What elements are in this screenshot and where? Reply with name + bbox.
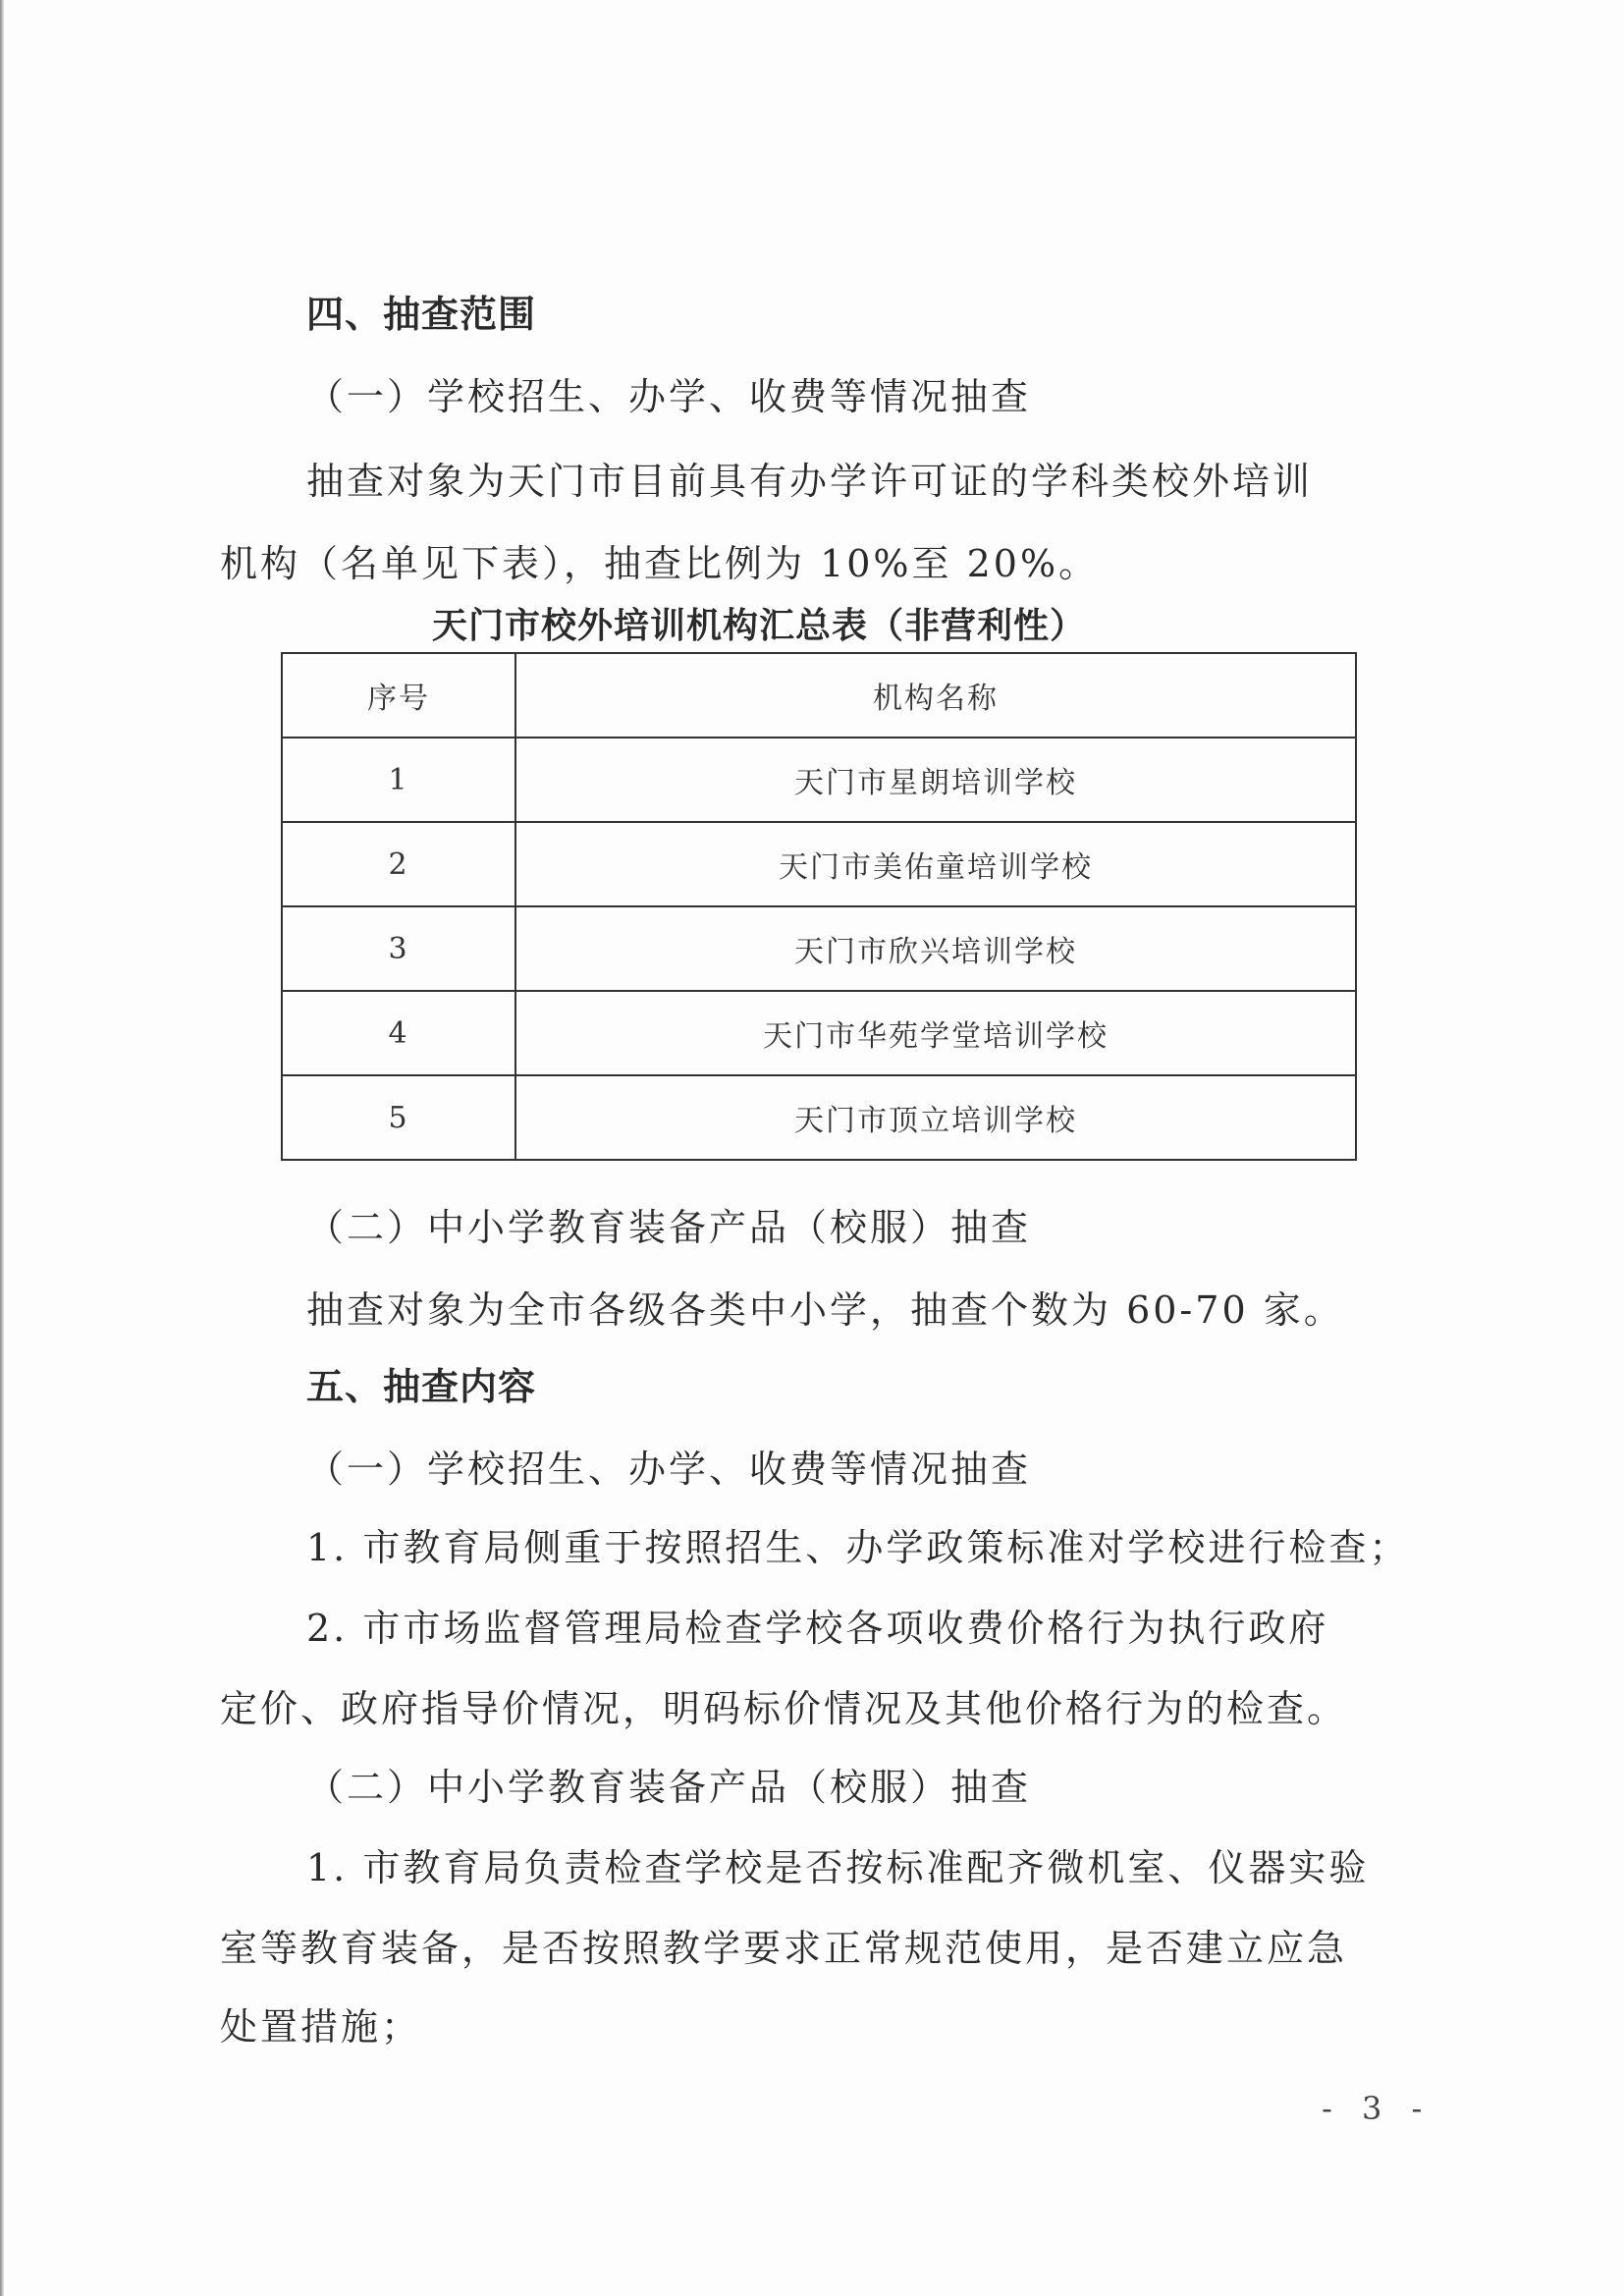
row-institution-name: 天门市顶立培训学校 — [515, 1075, 1356, 1160]
table-title: 天门市校外培训机构汇总表（非营利性） — [432, 603, 1086, 650]
row-institution-name: 天门市欣兴培训学校 — [515, 906, 1356, 991]
table-row: 4 天门市华苑学堂培训学校 — [282, 991, 1356, 1075]
table-row: 1 天门市星朗培训学校 — [282, 738, 1356, 822]
header-institution-name: 机构名称 — [515, 653, 1356, 738]
table-row: 2 天门市美佑童培训学校 — [282, 822, 1356, 906]
training-institutions-table: 序号 机构名称 1 天门市星朗培训学校 2 天门市美佑童培训学校 3 天门市欣兴… — [281, 652, 1357, 1161]
section-5-heading: 五、抽查内容 — [306, 1363, 536, 1410]
page-number: - 3 - — [1322, 2090, 1432, 2127]
table-row: 3 天门市欣兴培训学校 — [282, 906, 1356, 991]
row-serial-number: 4 — [282, 991, 515, 1075]
section-5-item-3-line-1: 1. 市教育局负责检查学校是否按标准配齐微机室、仪器实验 — [306, 1844, 1369, 1891]
section-5-item-1: 1. 市教育局侧重于按照招生、办学政策标准对学校进行检查； — [306, 1524, 1409, 1571]
section-4-paragraph-2: 抽查对象为全市各级各类中小学，抽查个数为 60-70 家。 — [306, 1286, 1344, 1334]
header-serial-number: 序号 — [282, 653, 515, 738]
section-5-item-3-line-3: 处置措施； — [220, 2003, 421, 2050]
section-4-heading: 四、抽查范围 — [306, 291, 536, 338]
section-5-item-3-line-2: 室等教育装备，是否按照教学要求正常规范使用，是否建立应急 — [220, 1925, 1347, 1972]
section-5-item-2-line-1: 2. 市市场监督管理局检查学校各项收费价格行为执行政府 — [306, 1605, 1328, 1652]
section-4-paragraph-1-line-2: 机构（名单见下表），抽查比例为 10%至 20%。 — [220, 540, 1099, 587]
row-serial-number: 5 — [282, 1075, 515, 1160]
row-institution-name: 天门市星朗培训学校 — [515, 738, 1356, 822]
row-serial-number: 3 — [282, 906, 515, 991]
row-serial-number: 1 — [282, 738, 515, 822]
section-4-subheading-2: （二）中小学教育装备产品（校服）抽查 — [306, 1204, 1031, 1251]
section-4-subheading-1: （一）学校招生、办学、收费等情况抽查 — [306, 373, 1031, 420]
section-4-paragraph-1-line-1: 抽查对象为天门市目前具有办学许可证的学科类校外培训 — [306, 458, 1313, 505]
section-5-subheading-2: （二）中小学教育装备产品（校服）抽查 — [306, 1764, 1031, 1811]
section-5-item-2-line-2: 定价、政府指导价情况，明码标价情况及其他价格行为的检查。 — [220, 1685, 1347, 1732]
table-header-row: 序号 机构名称 — [282, 653, 1356, 738]
row-institution-name: 天门市华苑学堂培训学校 — [515, 991, 1356, 1075]
section-5-subheading-1: （一）学校招生、办学、收费等情况抽查 — [306, 1446, 1031, 1493]
table-row: 5 天门市顶立培训学校 — [282, 1075, 1356, 1160]
scan-page-edge — [0, 0, 4, 2296]
row-institution-name: 天门市美佑童培训学校 — [515, 822, 1356, 906]
row-serial-number: 2 — [282, 822, 515, 906]
